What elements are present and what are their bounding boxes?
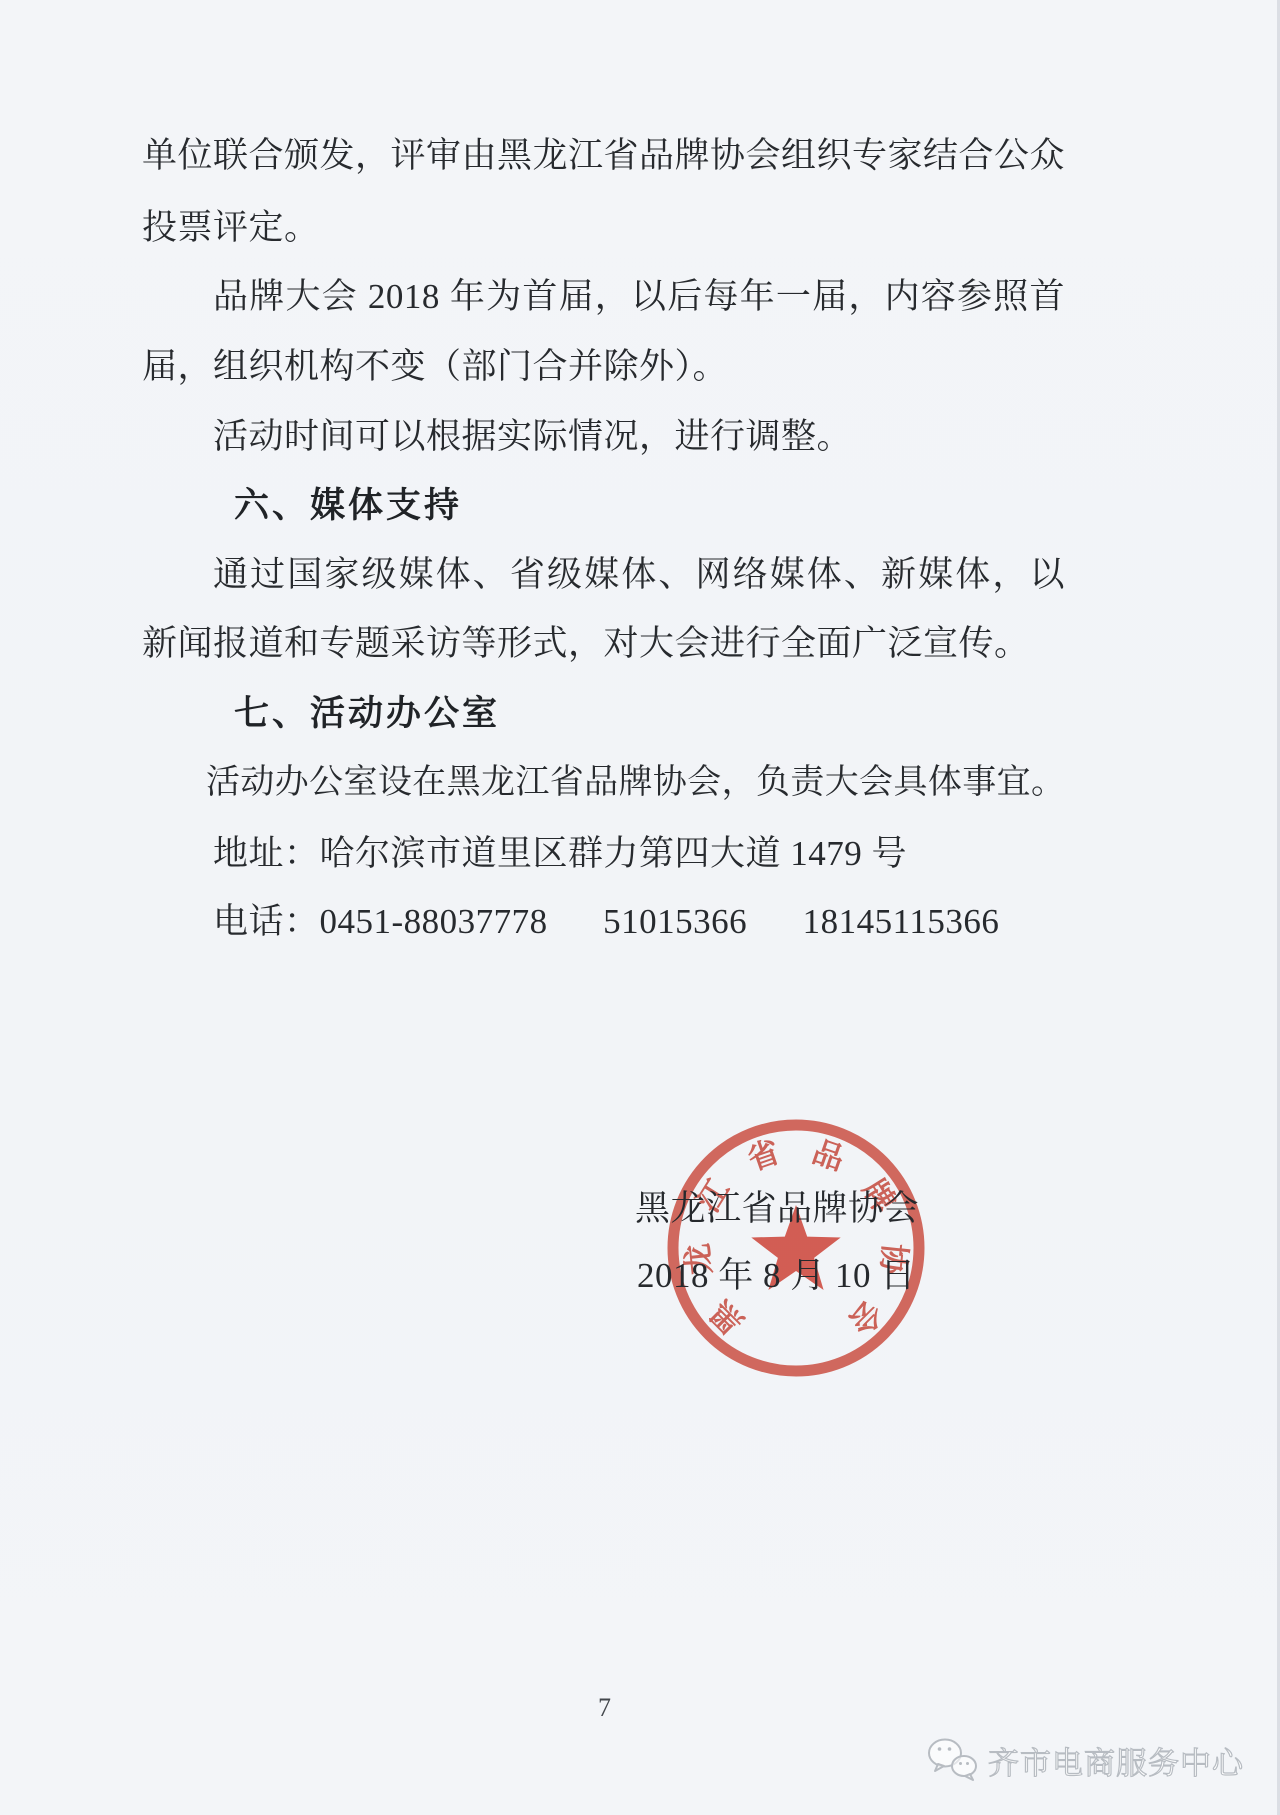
body-line: 投票评定。 [142,205,320,251]
watermark-text: 齐市电商服务中心 [988,1738,1244,1783]
body-line: 届，组织机构不变（部门合并除外）。 [142,344,728,390]
body-line: 新闻报道和专题采访等形式，对大会进行全面广泛宣传。 [142,621,1030,667]
watermark: 齐市电商服务中心 [926,1736,1244,1784]
body-line: 活动办公室设在黑龙江省品牌协会，负责大会具体事宜。 [206,760,1065,806]
section-heading-media-support: 六、媒体支持 [234,483,462,529]
section-heading-activity-office: 七、活动办公室 [234,691,500,737]
scanned-document-page: 单位联合颁发，评审由黑龙江省品牌协会组织专家结合公众 投票评定。 品牌大会 20… [0,0,1280,1815]
page-number: 7 [598,1693,611,1723]
body-line: 品牌大会 2018 年为首届，以后每年一届，内容参照首 [213,274,1065,320]
body-line: 单位联合颁发，评审由黑龙江省品牌协会组织专家结合公众 [142,133,1065,179]
address-line: 地址：哈尔滨市道里区群力第四大道 1479 号 [213,831,907,877]
phone-line: 电话：0451-88037778 51015366 18145115366 [213,899,999,945]
seal-character: 省 [743,1134,784,1177]
seal-character: 品 [808,1134,849,1177]
wechat-icon [926,1736,980,1784]
signature-organization: 黑龙江省品牌协会 [635,1181,919,1231]
signature-date: 2018 年 8 月 10 日 [637,1248,916,1298]
body-line: 通过国家级媒体、省级媒体、网络媒体、新媒体，以 [213,552,1065,598]
body-line: 活动时间可以根据实际情况，进行调整。 [213,414,852,460]
